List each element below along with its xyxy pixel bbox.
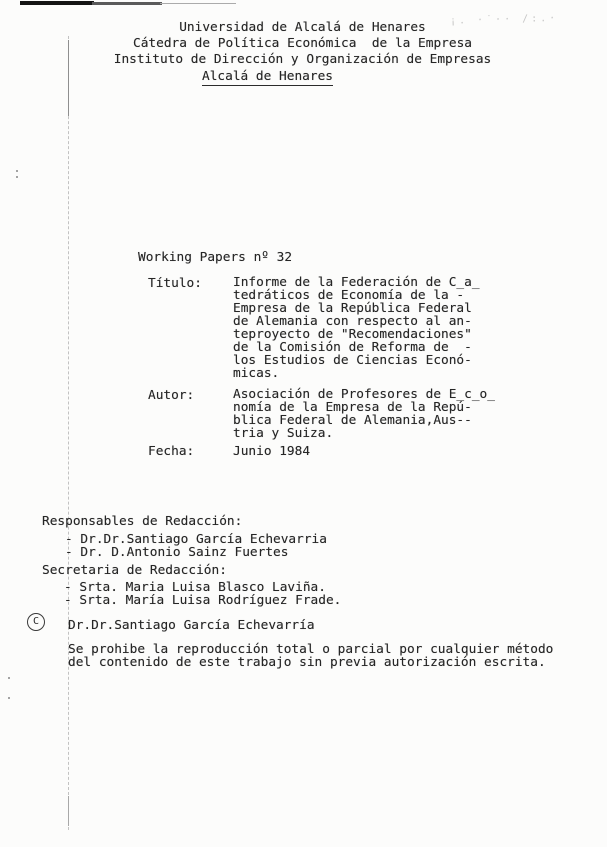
scan-artifact-top-bar-dark <box>20 1 94 5</box>
series-title: Working Papers nº 32 <box>138 250 292 265</box>
scan-artifact-top-bar-mid <box>92 2 162 5</box>
place-name-underlined: Alcalá de Henares <box>202 69 333 86</box>
autor-text: Asociación de Profesores de E̲c̲o̲nomía … <box>233 388 495 440</box>
secretaria-heading: Secretaria de Redacción: <box>42 563 227 578</box>
scanned-document-page: ¡. ·˙·· /:.· Universidad de Alcalá de He… <box>0 0 607 847</box>
institution-header-line: Instituto de Dirección y Organización de… <box>40 52 565 68</box>
copyright-holder: Dr.Dr.Santiago García Echevarría <box>68 618 315 633</box>
titulo-label: Título: <box>148 276 202 291</box>
fecha-value: Junio 1984 <box>233 444 310 459</box>
autor-text-line: tria y Suiza. <box>233 427 495 440</box>
copyright-symbol-icon: C <box>27 613 45 631</box>
titulo-text-line: micas. <box>233 367 480 380</box>
autor-label: Autor: <box>148 388 194 403</box>
copyright-notice-line: del contenido de este trabajo sin previa… <box>68 656 553 669</box>
copyright-notice: Se prohibe la reproducción total o parci… <box>68 643 553 669</box>
scan-artifact-vertical-line-bottom-segment <box>68 796 69 826</box>
responsables-heading: Responsables de Redacción: <box>42 514 242 529</box>
scan-artifact-vertical-line <box>68 36 69 830</box>
scan-speck <box>16 176 18 178</box>
titulo-text: Informe de la Federación de C̲a̲tedrátic… <box>233 276 480 380</box>
fecha-label: Fecha: <box>148 444 194 459</box>
scan-speck <box>16 170 18 172</box>
institution-header-line: Universidad de Alcalá de Henares <box>40 20 565 36</box>
scan-speck <box>8 697 10 699</box>
secretaria-item: - Srta. María Luisa Rodríguez Frade. <box>64 595 341 608</box>
responsables-list: - Dr.Dr.Santiago García Echevarria- Dr. … <box>65 534 327 559</box>
scan-speck <box>8 677 10 679</box>
responsable-item: - Dr. D.Antonio Sainz Fuertes <box>65 547 327 560</box>
secretaria-list: - Srta. Maria Luisa Blasco Laviña.- Srta… <box>64 582 341 607</box>
institution-header-line: Cátedra de Política Económica de la Empr… <box>40 36 565 52</box>
institution-header: Universidad de Alcalá de HenaresCátedra … <box>40 20 565 68</box>
scan-artifact-top-bar-light <box>160 3 236 4</box>
